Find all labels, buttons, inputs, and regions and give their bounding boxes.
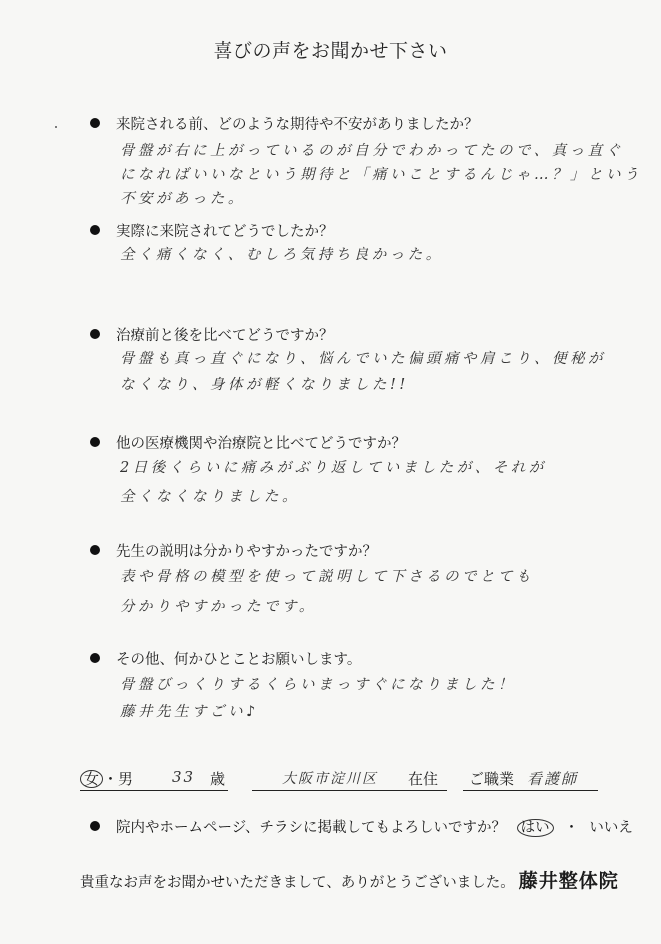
residence-value: 大阪市淀川区	[282, 768, 378, 788]
answer-3-line-2: なくなり、身体が軽くなりました!!	[120, 373, 409, 394]
bullet-icon	[90, 653, 100, 663]
bullet-icon	[90, 821, 100, 831]
consent-question: 院内やホームページ、チラシに掲載してもよろしいですか？	[116, 820, 506, 836]
answer-2-line-1: 全く痛くなく、むしろ気持ち良かった。	[120, 243, 444, 264]
gender-male-option: 男	[118, 770, 133, 788]
bullet-icon	[90, 329, 100, 339]
answer-3-line-1: 骨盤も真っ直ぐになり、悩んでいた偏頭痛や肩こり、便秘が	[120, 347, 606, 368]
question-text: 来院される前、どのような期待や不安がありましたか？	[116, 117, 479, 133]
residence-suffix: 在住	[408, 768, 438, 789]
occupation-label: ご職業	[469, 768, 514, 789]
clinic-name: 藤井整体院	[519, 870, 619, 892]
question-text: 治療前と後を比べてどうですか？	[116, 328, 334, 344]
consent-separator: ・	[564, 820, 579, 836]
answer-6-line-2: 藤井先生すごい♪	[120, 700, 259, 721]
residence-field: 大阪市淀川区 在住	[252, 768, 447, 791]
age-unit: 歳	[210, 768, 225, 789]
consent-yes-option-circled: はい	[517, 819, 554, 837]
footer: 貴重なお声をお聞かせいただきまして、ありがとうございました。藤井整体院	[80, 866, 619, 893]
question-3: 治療前と後を比べてどうですか？	[90, 324, 334, 345]
occupation-value: 看護師	[527, 768, 578, 789]
thanks-message: 貴重なお声をお聞かせいただきまして、ありがとうございました。	[80, 875, 515, 891]
answer-4-line-2: 全くなくなりました。	[120, 485, 300, 506]
question-1: 来院される前、どのような期待や不安がありましたか？	[90, 113, 479, 134]
question-text: 先生の説明は分かりやすかったですか？	[116, 544, 377, 560]
publish-consent: 院内やホームページ、チラシに掲載してもよろしいですか？ はい ・ いいえ	[90, 816, 633, 837]
answer-1-line-3: 不安があった。	[120, 187, 246, 208]
question-text: 他の医療機関や治療院と比べてどうですか？	[116, 436, 406, 452]
bullet-icon	[90, 545, 100, 555]
bullet-icon	[90, 225, 100, 235]
answer-1-line-1: 骨盤が右に上がっているのが自分でわかってたので、真っ直ぐ	[120, 139, 624, 160]
answer-5-line-1: 表や骨格の模型を使って説明して下さるのでとても	[120, 565, 534, 586]
age-value: 33	[172, 768, 195, 786]
answer-6-line-1: 骨盤びっくりするくらいまっすぐになりました！	[120, 673, 516, 694]
gender-separator: ・	[103, 770, 118, 788]
question-text: 実際に来院されてどうでしたか？	[116, 224, 334, 240]
question-4: 他の医療機関や治療院と比べてどうですか？	[90, 432, 406, 453]
question-5: 先生の説明は分かりやすかったですか？	[90, 540, 377, 561]
page-title: 喜びの声をお聞かせ下さい	[0, 36, 661, 63]
answer-4-line-1: 2日後くらいに痛みがぶり返していましたが、それが	[120, 456, 547, 477]
gender-female-option-circled: 女	[80, 770, 103, 788]
question-text: その他、何かひとことお願いします。	[116, 652, 361, 668]
answer-1-line-2: になればいいなという期待と「痛いことするんじゃ…？」という	[120, 163, 642, 184]
question-2: 実際に来院されてどうでしたか？	[90, 220, 334, 241]
scan-speck	[55, 126, 57, 128]
bullet-icon	[90, 118, 100, 128]
question-6: その他、何かひとことお願いします。	[90, 648, 361, 669]
bullet-icon	[90, 437, 100, 447]
occupation-field: ご職業 看護師	[463, 768, 598, 791]
gender-age-field: 女・男 33 歳	[80, 768, 228, 791]
answer-5-line-2: 分かりやすかったです。	[120, 595, 317, 616]
consent-no-option: いいえ	[589, 820, 633, 836]
